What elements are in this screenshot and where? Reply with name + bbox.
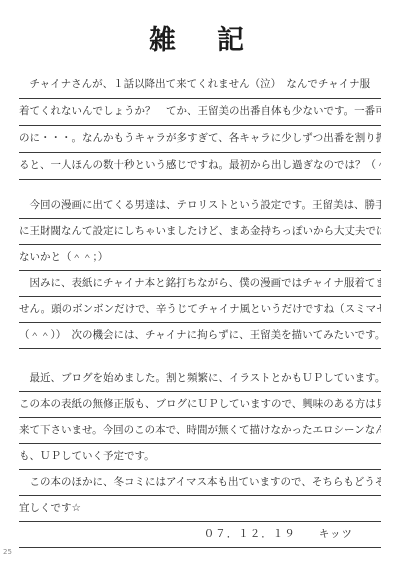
text-line: 因みに、表紙にチャイナ本と銘打ちながら、僕の漫画ではチャイナ服着てま <box>19 271 381 297</box>
text-line: も、ＵＰしていく予定です。 <box>19 444 381 470</box>
text-line: 来て下さいませ。今回のこの本で、時間が無くて描けなかったエロシーンなんか <box>19 418 381 444</box>
text-line: ないかと（＾＾；） <box>19 245 381 271</box>
paragraph-block-3: 最近、ブログを始めました。割と頻繁に、イラストとかもＵＰしています。 この本の表… <box>19 366 381 548</box>
paragraph-block-2: 今回の漫画に出てくる男達は、テロリストという設定です。王留美は、勝手 に王財閥な… <box>19 193 381 349</box>
text-line: この本のほかに、冬コミにはアイマス本も出ていますので、そちらもどうぞ <box>19 470 381 496</box>
text-line: 着てくれないんでしょうか？ てか、王留美の出番自体も少ないです。一番可愛い <box>19 99 381 126</box>
text-line: （＾＾）） 次の機会には、チャイナに拘らずに、王留美を描いてみたいです。 <box>19 323 381 349</box>
document-page: 雑 記 チャイナさんが、１話以降出て来てくれません（泣） なんでチャイナ服 着て… <box>0 0 400 565</box>
text-line: チャイナさんが、１話以降出て来てくれません（泣） なんでチャイナ服 <box>19 72 381 99</box>
text-line: 最近、ブログを始めました。割と頻繁に、イラストとかもＵＰしています。 <box>19 366 381 392</box>
signature-date-line: ０７．１２．１９ キッツ <box>19 522 381 548</box>
text-line: この本の表紙の無修正版も、ブログにＵＰしていますので、興味のある方は見に <box>19 392 381 418</box>
text-line: 宜しくです☆ <box>19 496 381 522</box>
page-number: 25 <box>3 548 12 556</box>
text-line: のに・・・。なんかもうキャラが多すぎて、各キャラに少しずつ出番を割り振 <box>19 126 381 153</box>
text-line: 今回の漫画に出てくる男達は、テロリストという設定です。王留美は、勝手 <box>19 193 381 219</box>
text-line: せん。頭のボンボンだけで、辛うじてチャイナ風というだけですね（スミマセン <box>19 297 381 323</box>
paragraph-block-1: チャイナさんが、１話以降出て来てくれません（泣） なんでチャイナ服 着てくれない… <box>19 72 381 180</box>
text-line: ると、一人ほんの数十秒という感じですね。最初から出し過ぎなのでは？（＾＾；） <box>19 153 381 180</box>
text-line: に王財閥なんて設定にしちゃいましたけど、まあ金持ちっぽいから大丈夫では <box>19 219 381 245</box>
page-title: 雑 記 <box>0 0 400 57</box>
